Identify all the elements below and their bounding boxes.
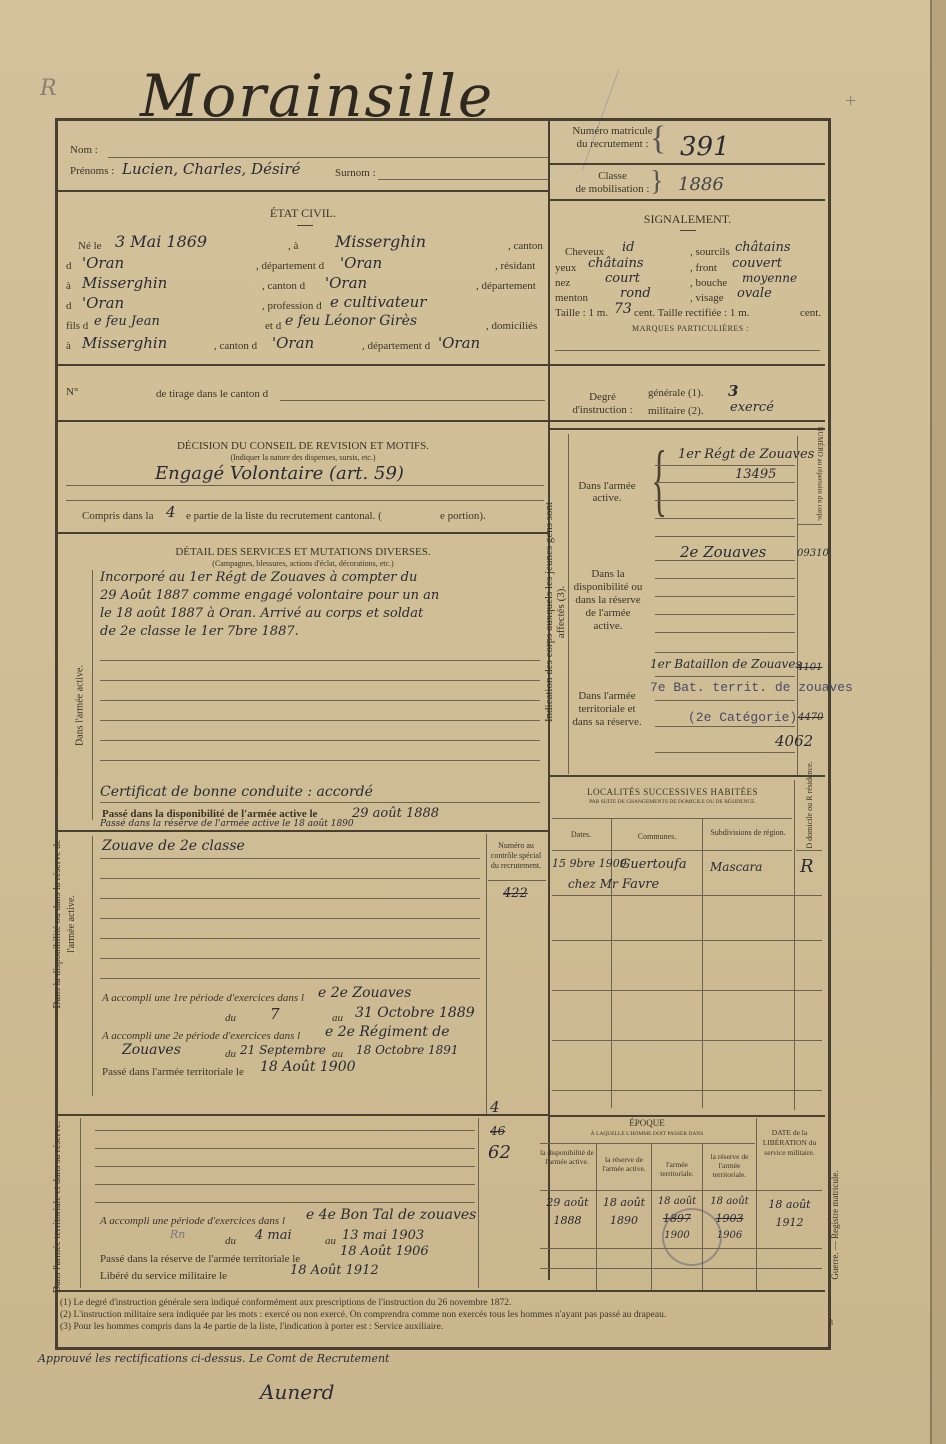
profession: e cultivateur [330, 293, 426, 311]
prenoms-label: Prénoms : [70, 165, 114, 177]
corps-territoriale-num-1: 4101 [797, 662, 822, 673]
services-title: DÉTAIL DES SERVICES ET MUTATIONS DIVERSE… [58, 546, 548, 558]
instruction-generale: 3 [728, 382, 738, 400]
corps-active-line-1: 1er Régt de Zouaves [678, 447, 814, 462]
dispo-grade: Zouave de 2e classe [102, 838, 245, 854]
yeux-value: châtains [588, 256, 644, 271]
sourcils-value: châtains [735, 240, 791, 255]
corps-active-label: Dans l'armée active. [572, 480, 642, 504]
residence-departement: 'Oran [82, 294, 124, 312]
conseil-decision: Engagé Volontaire (art. 59) [155, 463, 404, 484]
periode3-au: 13 mai 1903 [342, 1228, 424, 1243]
localite-date-1: 15 9bre 1909 [552, 857, 627, 870]
birth-date: 3 Mai 1869 [115, 232, 207, 251]
localite-commune-2: Favre [622, 877, 659, 892]
epoque-terr-1: 18 août [652, 1196, 702, 1207]
father-name: e feu Jean [94, 314, 160, 329]
partie-value: 4 [166, 503, 176, 521]
periode2-corps-2: Zouaves [122, 1042, 181, 1058]
localite-type-1: R [800, 856, 814, 877]
liberation-date-2: 1912 [757, 1216, 822, 1229]
numero-special-label: Numéro au contrôle spécial du recrutemen… [487, 841, 545, 871]
localite-commune-1: Guertoufa [620, 857, 687, 872]
periode3-corps: e 4e Bon Tal de zouaves [306, 1207, 476, 1223]
terr-num-3: 62 [488, 1142, 511, 1163]
residence-canton: 'Oran [325, 274, 367, 292]
side-imprint: Guerre. — Registre matricule. [830, 1150, 840, 1300]
services-side-territoriale: Dans l'armée territoriale et dans sa rés… [51, 1107, 65, 1307]
numero-special-value: 422 [503, 886, 528, 901]
cheveux-value: id [622, 240, 634, 255]
residence: Misserghin [82, 274, 167, 292]
liberation-date-1: 18 août [757, 1198, 822, 1211]
prenoms-value: Lucien, Charles, Désiré [122, 160, 301, 178]
corps-territoriale-label: Dans l'armée territoriale et dans sa rés… [572, 690, 642, 729]
periode3-note: Rn [170, 1228, 185, 1241]
passe-reserve-active: Passé dans la réserve de l'armée active … [100, 819, 354, 829]
services-side-dispo: Dans la disponibilité ou dans la réserve… [51, 824, 79, 1024]
terr-num-2: 46 [490, 1124, 505, 1138]
page-spine [930, 0, 946, 1444]
instruction-militaire: exercé [730, 400, 774, 415]
epoque-reserve-terr-1: 18 août [703, 1196, 756, 1207]
periode1-corps: e 2e Zouaves [318, 985, 411, 1001]
classe-value: 1886 [678, 174, 724, 195]
libere-date: 18 Août 1912 [290, 1263, 379, 1278]
services-active-text: Incorporé au 1er Régt de Zouaves à compt… [100, 569, 545, 641]
periode2-corps: e 2e Régiment de [325, 1024, 450, 1040]
signalement-title: SIGNALEMENT. [550, 212, 825, 227]
passe-reserve-terr-date: 18 Août 1906 [340, 1244, 429, 1259]
epoque-title: ÉPOQUE [538, 1118, 756, 1128]
corps-dispo-num: 09310 [797, 548, 829, 559]
terr-num-1: 4 [490, 1098, 500, 1116]
corps-territoriale-line-1: 1er Bataillon de Zouaves [650, 657, 802, 671]
birth-canton: 'Oran [82, 254, 124, 272]
parents-departement: 'Oran [438, 334, 480, 352]
services-side-active: Dans l'armée active. [75, 606, 86, 806]
localites-title: LOCALITÉS SUCCESSIVES HABITÉES [550, 787, 795, 797]
approval-signature: Aunerd [260, 1380, 334, 1404]
periode1-au: 31 Octobre 1889 [355, 1005, 475, 1021]
margin-mark-plus: + [845, 90, 856, 113]
periode1-du: 7 [270, 1005, 280, 1023]
nez-value: court [605, 271, 640, 286]
passe-dispo-date: 29 août 1888 [352, 806, 439, 821]
corps-dispo-line-1: 2e Zouaves [680, 543, 766, 561]
register-page: R + Morainsille Nom : Prénoms : Lucien, … [0, 0, 946, 1444]
menton-value: rond [620, 286, 651, 301]
epoque-dispo-2: 1888 [540, 1214, 595, 1227]
periode2-du: 21 Septembre [240, 1043, 326, 1057]
parents-canton: 'Oran [272, 334, 314, 352]
birth-departement: 'Oran [340, 254, 382, 272]
periode2-au: 18 Octobre 1891 [356, 1043, 459, 1057]
approval-text: Approuvé les rectifications ci-dessus. L… [38, 1352, 389, 1365]
etat-civil-title: ÉTAT CIVIL. [58, 206, 548, 221]
corps-territoriale-num-3: 4062 [775, 732, 813, 750]
instruction-label: Degré d'instruction : [560, 391, 645, 417]
epoque-reserve-2: 1890 [597, 1214, 651, 1227]
numero-repertoire-label: NUMÉRO au répertoire du corps. [816, 424, 824, 524]
margin-mark-r: R [40, 76, 57, 101]
liberation-column-header: DATE de la LIBÉRATION du service militai… [757, 1128, 822, 1158]
front-value: couvert [732, 256, 782, 271]
localite-subdivision-1: Mascara [710, 860, 762, 874]
conseil-title: DÉCISION DU CONSEIL DE REVISION ET MOTIF… [58, 440, 548, 452]
corps-territoriale-num-2: 4470 [798, 712, 823, 723]
corps-active-line-2: 13495 [735, 467, 776, 482]
passe-territoriale-date: 18 Août 1900 [260, 1059, 356, 1075]
side-imprint-number: 3 [829, 1318, 833, 1327]
marques-label: MARQUES PARTICULIÈRES : [632, 324, 749, 333]
corps-side-label: Indication des corps auxquels les jeunes… [543, 487, 567, 737]
matricule-number: 391 [680, 132, 730, 162]
birth-place: Misserghin [335, 232, 426, 251]
parents-domicile: Misserghin [82, 334, 167, 352]
epoque-dispo-1: 29 août [540, 1196, 595, 1209]
taille-value: 73 [614, 301, 632, 317]
visage-value: ovale [737, 286, 772, 301]
corps-territoriale-line-2: 7e Bat. territ. de zouaves [650, 680, 853, 695]
official-stamp [662, 1208, 722, 1266]
corps-dispo-label: Dans la disponibilité ou dans la réserve… [572, 568, 644, 633]
corps-territoriale-line-3: (2e Catégorie) [688, 710, 797, 725]
mother-name: e feu Léonor Girès [285, 313, 417, 329]
epoque-reserve-1: 18 août [597, 1196, 651, 1209]
bouche-value: moyenne [742, 271, 797, 285]
certificat-conduite: Certificat de bonne conduite : accordé [100, 784, 373, 800]
footnotes: (1) Le degré d'instruction générale sera… [60, 1297, 820, 1333]
nom-label: Nom : [70, 144, 98, 156]
localite-date-2: chez Mr [568, 877, 618, 891]
periode3-du: 4 mai [255, 1228, 292, 1243]
surnom-label: Surnom : [335, 167, 376, 179]
